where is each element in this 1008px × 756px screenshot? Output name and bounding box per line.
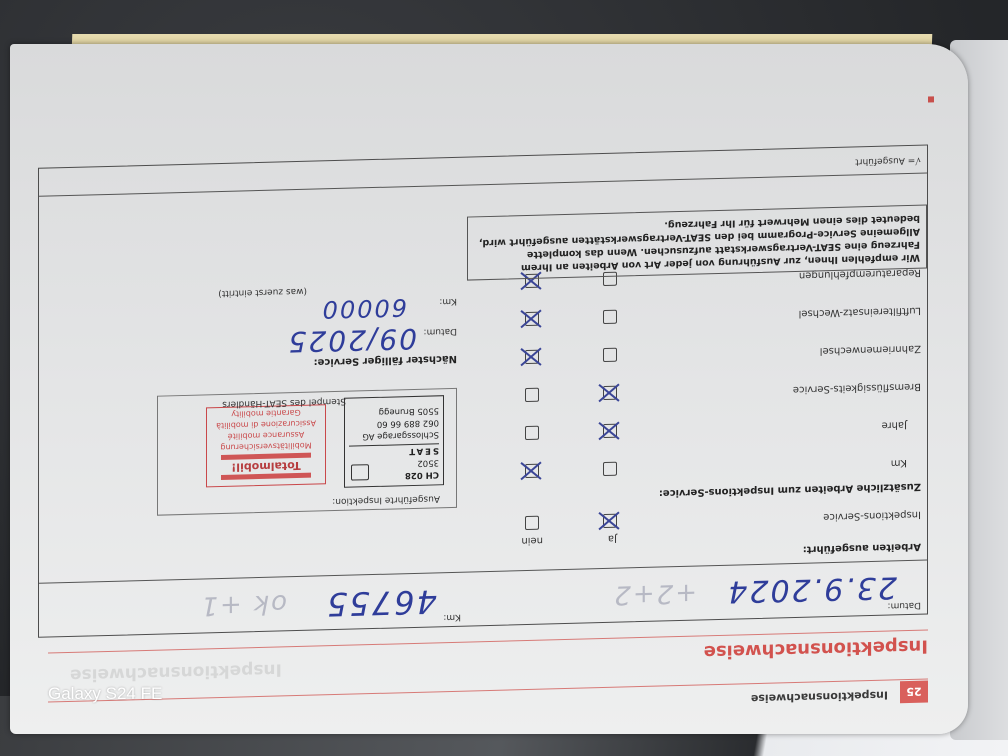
col-no-label: nein — [521, 535, 543, 547]
additional-item-no-checkbox[interactable] — [525, 312, 539, 326]
next-km-value[interactable]: 60000 — [321, 293, 407, 323]
stamp-bar — [221, 473, 311, 480]
inspection-service-yes-checkbox[interactable] — [603, 514, 617, 528]
km-value[interactable]: 46755 — [325, 582, 437, 623]
km-label: Km: — [443, 612, 461, 622]
additional-item-no-checkbox[interactable] — [525, 350, 539, 364]
additional-item-no-checkbox[interactable] — [525, 426, 539, 440]
date-ghost-writing: +2+2 — [612, 578, 697, 610]
running-header-title: Inspektionsnachweise — [751, 689, 888, 706]
booklet-page: 25 Inspektionsnachweise Inspektionsnachw… — [10, 44, 968, 734]
additional-item-yes-checkbox[interactable] — [603, 462, 617, 476]
additional-item-yes-checkbox[interactable] — [603, 310, 617, 324]
inspection-form: Datum: 23.9.2024 +2+2 Km: 46755 ok +1 Ar… — [38, 145, 928, 638]
additional-item-label: Bremsflüssigkeits-Service — [793, 381, 921, 395]
section-title: Inspektionsnachweise — [704, 636, 928, 663]
stamp-brand: SEAT — [349, 443, 439, 458]
stamp-company: Schlossgarage AG — [349, 428, 439, 442]
mobility-line: Mobilitätsversicherung — [207, 439, 325, 453]
inspection-done-label: Ausgeführte Inspektion: — [332, 493, 440, 506]
dealer-stamp-label: Stempel des SEAT-Händlers — [222, 396, 346, 409]
red-marker — [928, 96, 934, 102]
recommendation-box: Wir empfehlen Ihnen, zur Ausführung von … — [467, 205, 927, 281]
page-number: 25 — [900, 681, 928, 704]
inspection-service-label: Inspektions-Service — [823, 509, 921, 523]
additional-item-label: Jahre — [882, 419, 907, 431]
seat-logo-icon — [351, 464, 369, 480]
additional-item-label: Km — [891, 457, 907, 468]
mobility-stamp: Totalmobil! Mobilitätsversicherung Assur… — [206, 404, 326, 487]
ghost-section-title: Inspektionsnachweise — [70, 659, 282, 685]
stamp-city: 5505 Brunegg — [349, 404, 439, 418]
date-value[interactable]: 23.9.2024 — [726, 569, 897, 608]
additional-item-no-checkbox[interactable] — [525, 388, 539, 402]
next-date-value[interactable]: 09/2025 — [287, 322, 417, 358]
legend-row: √= Ausgeführt — [39, 144, 927, 197]
legend-text: √= Ausgeführt — [855, 155, 921, 167]
additional-work-heading: Zusätzliche Arbeiten zum Inspektions-Ser… — [659, 481, 921, 499]
next-km-label: Km: — [439, 296, 457, 306]
work-done-heading: Arbeiten ausgeführt: — [803, 541, 921, 555]
camera-watermark: Galaxy S24 FE — [48, 684, 162, 704]
inspection-stamp-area: Ausgeführte Inspektion: CH 028 3502 SEAT… — [157, 388, 457, 516]
mobility-brand: Totalmobil! — [207, 459, 325, 473]
seat-dealer-stamp: CH 028 3502 SEAT Schlossgarage AG 062 88… — [344, 395, 444, 488]
additional-item-yes-checkbox[interactable] — [603, 348, 617, 362]
additional-item-yes-checkbox[interactable] — [603, 424, 617, 438]
next-date-label: Datum: — [424, 326, 457, 337]
km-ghost-writing: ok +1 — [199, 588, 287, 620]
date-km-row: Datum: 23.9.2024 +2+2 Km: 46755 ok +1 — [39, 560, 927, 637]
additional-item-label: Zahnriemenwechsel — [820, 343, 921, 357]
page-content: 25 Inspektionsnachweise Inspektionsnachw… — [10, 44, 968, 734]
col-yes-label: Ja — [608, 533, 617, 544]
stamp-phone: 062 889 66 60 — [349, 416, 439, 430]
running-header: 25 Inspektionsnachweise — [48, 679, 928, 732]
additional-item-label: Luftfiltereinsatz-Wechsel — [799, 305, 921, 319]
whichever-first-note: (was zuerst eintritt) — [218, 286, 307, 298]
additional-item-yes-checkbox[interactable] — [603, 386, 617, 400]
inspection-service-no-checkbox[interactable] — [525, 516, 539, 530]
additional-item-no-checkbox[interactable] — [525, 464, 539, 478]
